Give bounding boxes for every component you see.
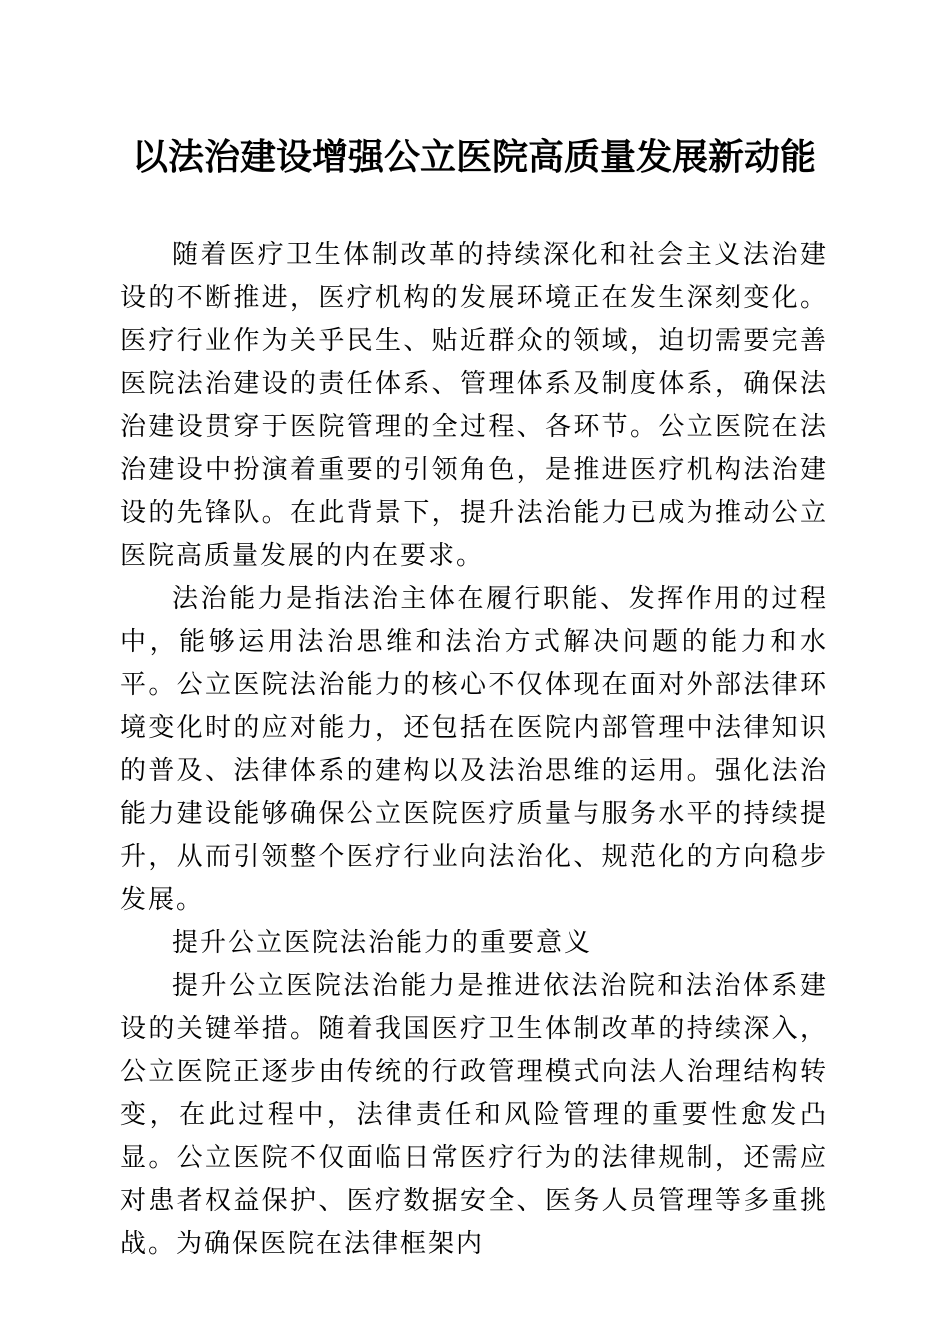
paragraph-intro: 随着医疗卫生体制改革的持续深化和社会主义法治建设的不断推进，医疗机构的发展环境正… (120, 233, 828, 577)
document-title: 以法治建设增强公立医院高质量发展新动能 (120, 133, 828, 181)
section-heading-importance: 提升公立医院法治能力的重要意义 (120, 921, 828, 964)
paragraph-legal-capability-definition: 法治能力是指法治主体在履行职能、发挥作用的过程中，能够运用法治思维和法治方式解决… (120, 577, 828, 921)
paragraph-importance-body: 提升公立医院法治能力是推进依法治院和法治体系建设的关键举措。随着我国医疗卫生体制… (120, 964, 828, 1265)
document-page: 以法治建设增强公立医院高质量发展新动能 随着医疗卫生体制改革的持续深化和社会主义… (0, 0, 950, 1344)
